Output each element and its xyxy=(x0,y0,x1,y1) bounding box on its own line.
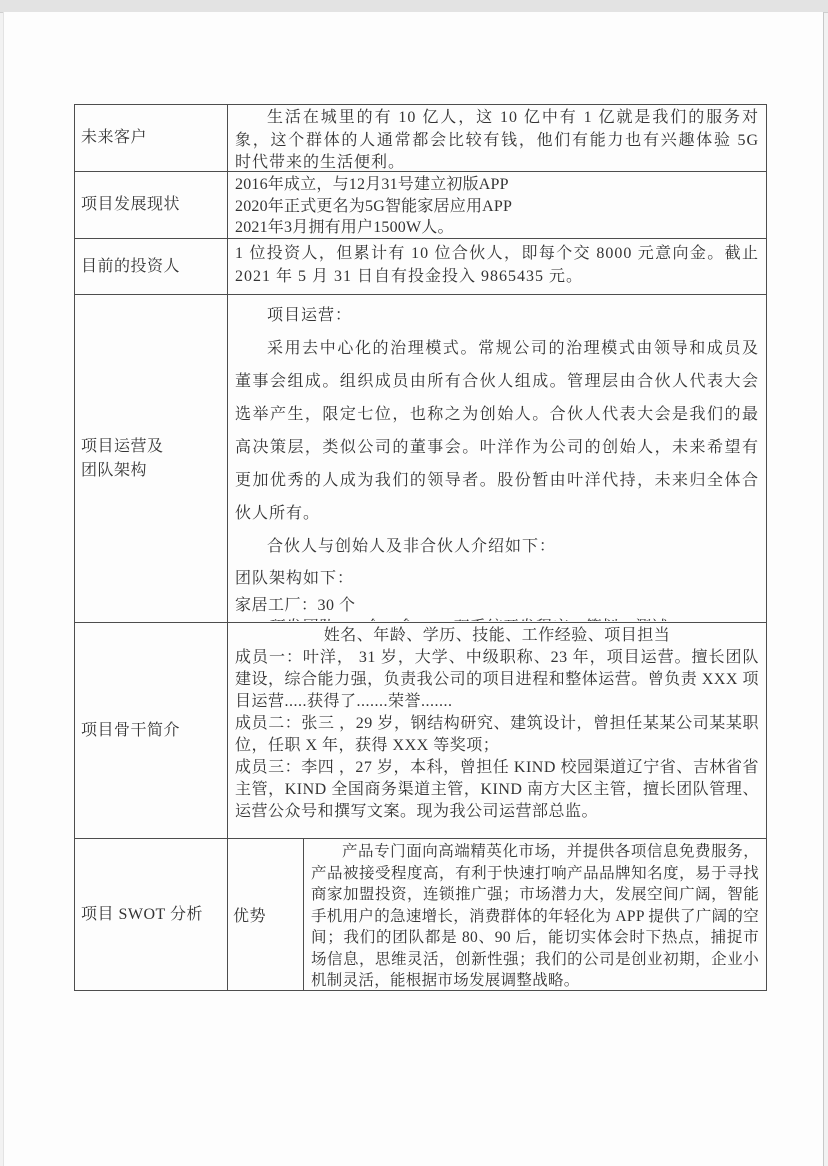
row-content-cell: 产品专门面向高端精英化市场，并提供各项信息免费服务，产品被接受程度高，有利于快速… xyxy=(304,839,767,991)
paragraph: 1 位投资人，但累计有 10 位合伙人，即每个交 8000 元意向金。截止 20… xyxy=(235,242,759,288)
team-structure-item: 家居工厂：30 个 xyxy=(235,595,759,617)
row-content-cell: 2016年成立，与12月31号建立初版APP 2020年正式更名为5G智能家居应… xyxy=(228,172,767,239)
row-label-cell: 项目发展现状 xyxy=(75,172,228,239)
swot-strength-label: 优势 xyxy=(233,903,299,926)
cell-content: 产品专门面向高端精英化市场，并提供各项信息免费服务，产品被接受程度高，有利于快速… xyxy=(304,839,766,989)
roster-header: 姓名、年龄、学历、技能、工作经验、项目担当 xyxy=(235,625,759,647)
row-label: 目前的投资人 xyxy=(81,255,223,279)
row-label-cell: 项目运营及 团队架构 xyxy=(75,295,228,623)
row-label-line: 团队架构 xyxy=(81,459,223,483)
cell-content: 2016年成立，与12月31号建立初版APP 2020年正式更名为5G智能家居应… xyxy=(228,172,766,238)
row-label-cell: 项目 SWOT 分析 xyxy=(75,839,228,991)
table-row-key-members: 项目骨干简介 姓名、年龄、学历、技能、工作经验、项目担当 成员一：叶洋， 31 … xyxy=(75,623,767,839)
table-row-operations-team: 项目运营及 团队架构 项目运营： 采用去中心化的治理模式。常规公司的治理模式由领… xyxy=(75,295,767,623)
member-description: 成员二：张三 ，29 岁，钢结构研究、建筑设计，曾担任某某公司某某职位，任职 X… xyxy=(235,713,759,757)
milestone-line: 2021年3月拥有用户1500W人。 xyxy=(235,217,759,238)
document-viewer: 未来客户 生活在城里的有 10 亿人，这 10 亿中有 1 亿就是我们的服务对象… xyxy=(0,0,828,1166)
row-label-cell: 未来客户 xyxy=(75,105,228,172)
team-structure-item: APP 研发团队：3 个，含 UI，双系统开发程序，策划，测试， xyxy=(235,617,759,621)
milestone-line: 2016年成立，与12月31号建立初版APP xyxy=(235,174,759,196)
row-content-cell: 生活在城里的有 10 亿人，这 10 亿中有 1 亿就是我们的服务对象，这个群体… xyxy=(228,105,767,172)
team-structure-list: 家居工厂：30 个 APP 研发团队：3 个，含 UI，双系统开发程序，策划，测… xyxy=(235,595,759,621)
milestone-line: 2020年正式更名为5G智能家居应用APP xyxy=(235,196,759,218)
row-label: 项目骨干简介 xyxy=(81,719,223,743)
paragraph: 产品专门面向高端精英化市场，并提供各项信息免费服务，产品被接受程度高，有利于快速… xyxy=(311,841,759,989)
paragraph: 团队架构如下： xyxy=(235,563,759,595)
row-label-cell: 项目骨干简介 xyxy=(75,623,228,839)
cell-content: 姓名、年龄、学历、技能、工作经验、项目担当 成员一：叶洋， 31 岁，大学、中级… xyxy=(228,623,766,837)
table-row-development-status: 项目发展现状 2016年成立，与12月31号建立初版APP 2020年正式更名为… xyxy=(75,172,767,239)
member-description: 成员三：李四 ，27 岁，本科，曾担任 KIND 校园渠道辽宁省、吉林省省主管，… xyxy=(235,757,759,823)
cell-content: 项目运营： 采用去中心化的治理模式。常规公司的治理模式由领导和成员及董事会组成。… xyxy=(228,295,766,621)
section-heading: 项目运营： xyxy=(235,299,759,332)
paragraph: 采用去中心化的治理模式。常规公司的治理模式由领导和成员及董事会组成。组织成员由所… xyxy=(235,332,759,530)
row-content-cell: 项目运营： 采用去中心化的治理模式。常规公司的治理模式由领导和成员及董事会组成。… xyxy=(228,295,767,623)
paragraph: 合伙人与创始人及非合伙人介绍如下： xyxy=(235,530,759,563)
row-label-line: 项目运营及 xyxy=(81,435,223,459)
table-row-future-customers: 未来客户 生活在城里的有 10 亿人，这 10 亿中有 1 亿就是我们的服务对象… xyxy=(75,105,767,172)
row-content-cell: 1 位投资人，但累计有 10 位合伙人，即每个交 8000 元意向金。截止 20… xyxy=(228,239,767,295)
row-label: 项目发展现状 xyxy=(81,193,223,217)
cell-content: 1 位投资人，但累计有 10 位合伙人，即每个交 8000 元意向金。截止 20… xyxy=(228,239,766,294)
business-plan-table: 未来客户 生活在城里的有 10 亿人，这 10 亿中有 1 亿就是我们的服务对象… xyxy=(74,104,767,991)
paragraph: 生活在城里的有 10 亿人，这 10 亿中有 1 亿就是我们的服务对象，这个群体… xyxy=(235,107,759,171)
row-label: 未来客户 xyxy=(81,126,223,150)
table-row-swot: 项目 SWOT 分析 优势 产品专门面向高端精英化市场，并提供各项信息免费服务，… xyxy=(75,839,767,991)
row-content-cell: 姓名、年龄、学历、技能、工作经验、项目担当 成员一：叶洋， 31 岁，大学、中级… xyxy=(228,623,767,839)
table-row-current-investors: 目前的投资人 1 位投资人，但累计有 10 位合伙人，即每个交 8000 元意向… xyxy=(75,239,767,295)
row-label-cell: 目前的投资人 xyxy=(75,239,228,295)
row-label: 项目 SWOT 分析 xyxy=(81,903,223,927)
cell-content: 生活在城里的有 10 亿人，这 10 亿中有 1 亿就是我们的服务对象，这个群体… xyxy=(228,105,766,171)
swot-strength-label-cell: 优势 xyxy=(228,839,304,991)
member-description: 成员一：叶洋， 31 岁，大学、中级职称、23 年，项目运营。擅长团队建设，综合… xyxy=(235,647,759,713)
